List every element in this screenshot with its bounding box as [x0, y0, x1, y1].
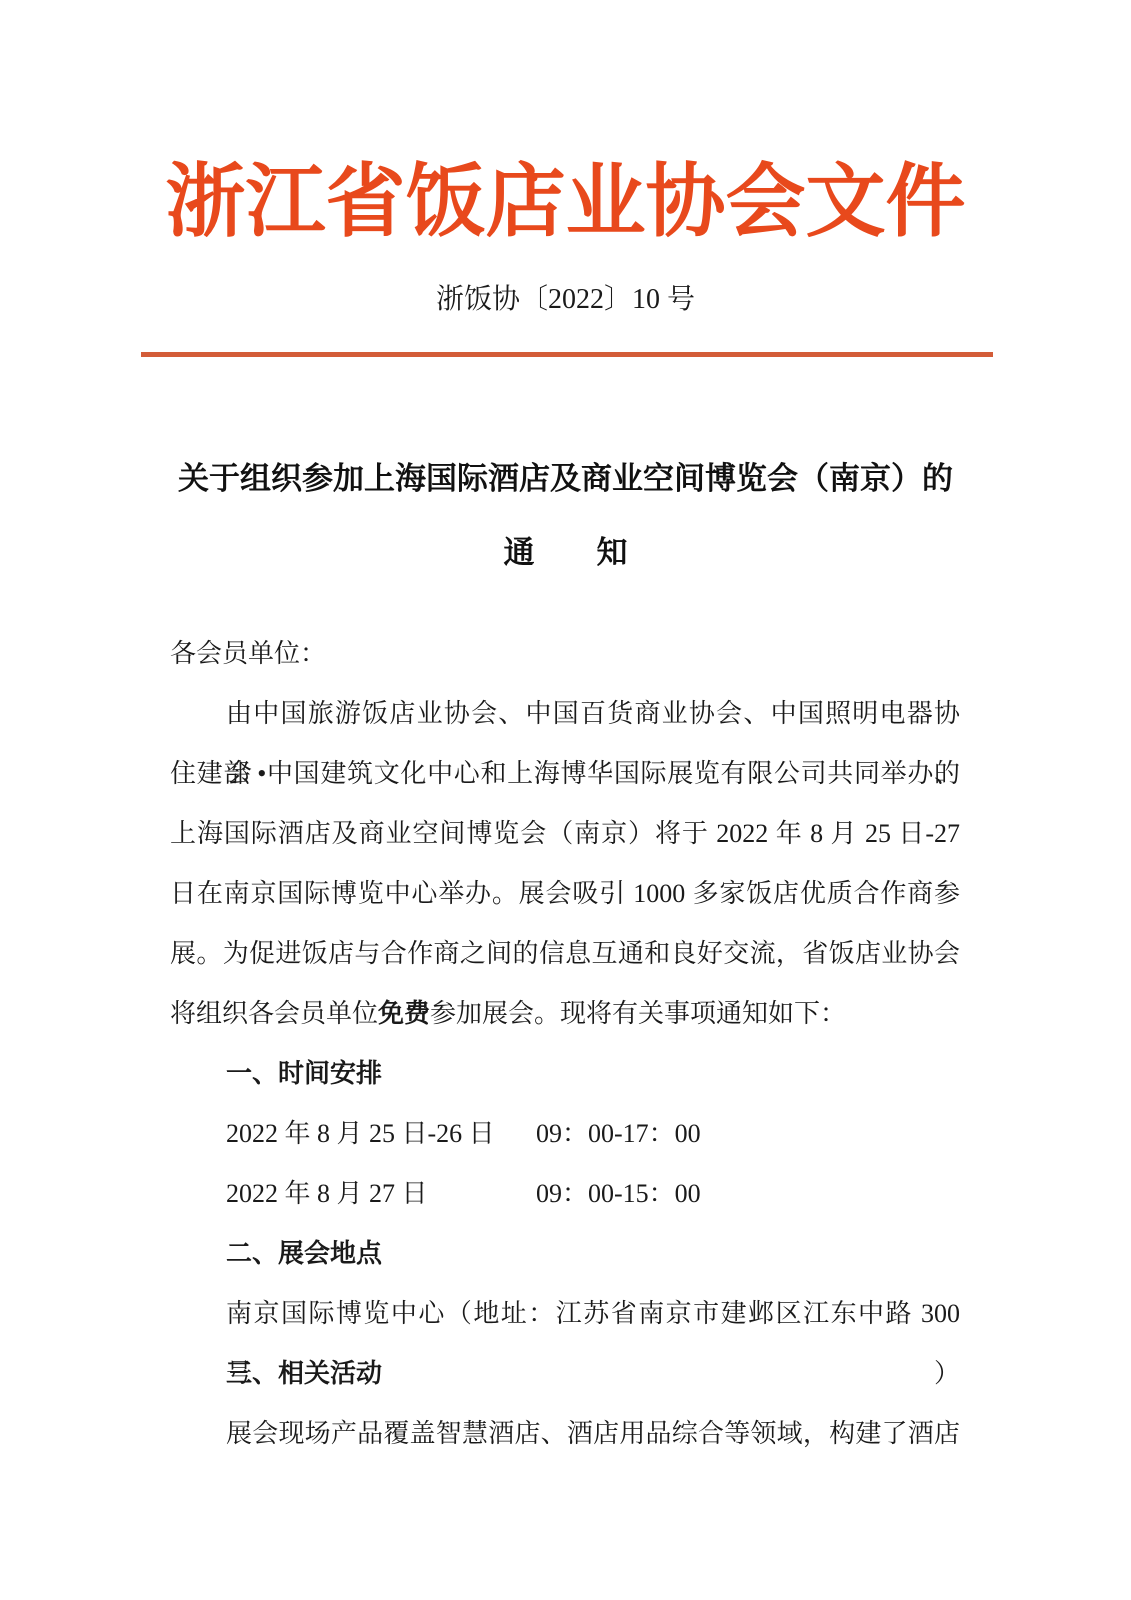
document-body: 各会员单位：由中国旅游饭店业协会、中国百货商业协会、中国照明电器协会、住建部 •… [170, 624, 960, 1464]
body-line: 日在南京国际博览中心举办。展会吸引 1000 多家饭店优质合作商参 [170, 864, 960, 924]
doc-number: 浙饭协〔2022〕10 号 [0, 280, 1131, 320]
notice-title-line2: 通 知 [0, 516, 1131, 590]
body-line: 南京国际博览中心（地址：江苏省南京市建邺区江东中路 300 号） [170, 1284, 960, 1344]
document-page: 浙江省饭店业协会文件 浙饭协〔2022〕10 号 关于组织参加上海国际酒店及商业… [0, 0, 1131, 1600]
body-line: 展。为促进饭店与合作商之间的信息互通和良好交流，省饭店业协会 [170, 924, 960, 984]
section-heading: 一、时间安排 [170, 1044, 960, 1104]
notice-title: 关于组织参加上海国际酒店及商业空间博览会（南京）的 通 知 [0, 442, 1131, 590]
body-text: 参加展会。现将有关事项通知如下： [430, 999, 846, 1028]
body-line: 上海国际酒店及商业空间博览会（南京）将于 2022 年 8 月 25 日-27 [170, 804, 960, 864]
body-text: 将组织各会员单位 [170, 999, 378, 1028]
masthead-rule [141, 352, 993, 357]
schedule-row: 2022 年 8 月 25 日-26 日09：00-17：00 [170, 1104, 960, 1164]
body-line: 展会现场产品覆盖智慧酒店、酒店用品综合等领域，构建了酒店 [170, 1404, 960, 1464]
masthead-org-title: 浙江省饭店业协会文件 [0, 148, 1131, 258]
schedule-time: 09：00-15：00 [536, 1179, 701, 1208]
schedule-row: 2022 年 8 月 27 日09：00-15：00 [170, 1164, 960, 1224]
schedule-date: 2022 年 8 月 27 日 [226, 1164, 536, 1224]
schedule-date: 2022 年 8 月 25 日-26 日 [226, 1104, 536, 1164]
section-heading: 二、展会地点 [170, 1224, 960, 1284]
body-line: 住建部 •中国建筑文化中心和上海博华国际展览有限公司共同举办的 [170, 744, 960, 804]
schedule-time: 09：00-17：00 [536, 1119, 701, 1148]
notice-title-line1: 关于组织参加上海国际酒店及商业空间博览会（南京）的 [0, 442, 1131, 516]
emphasis-text: 免费 [378, 999, 430, 1028]
body-line: 由中国旅游饭店业协会、中国百货商业协会、中国照明电器协会、 [170, 684, 960, 744]
body-line: 将组织各会员单位免费参加展会。现将有关事项通知如下： [170, 984, 960, 1044]
body-line: 各会员单位： [170, 624, 960, 684]
